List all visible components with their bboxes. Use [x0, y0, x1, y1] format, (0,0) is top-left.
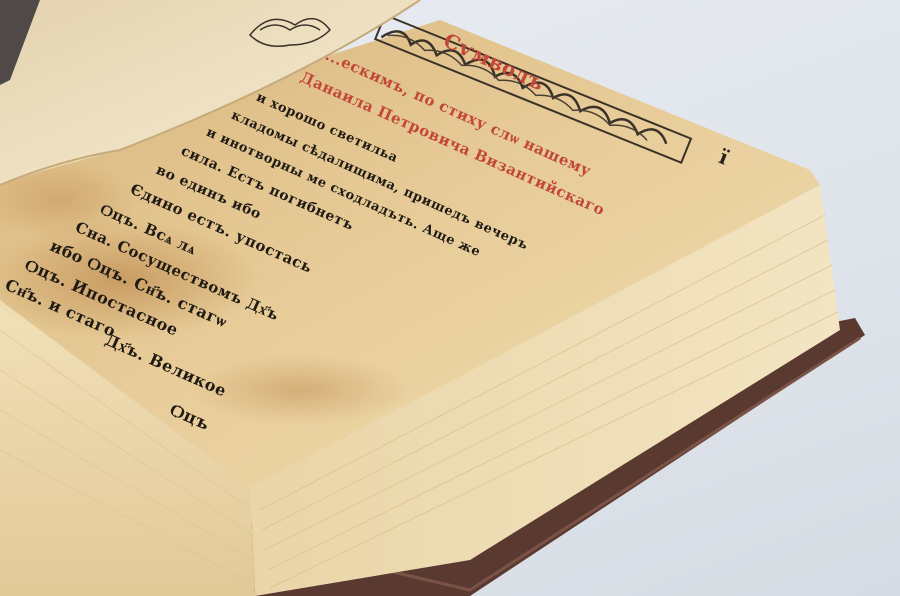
book-illustration [0, 0, 900, 596]
photo-scene: Сѵмволъ ...ескимъ, по стиху слѡ нашему Д… [0, 0, 900, 596]
